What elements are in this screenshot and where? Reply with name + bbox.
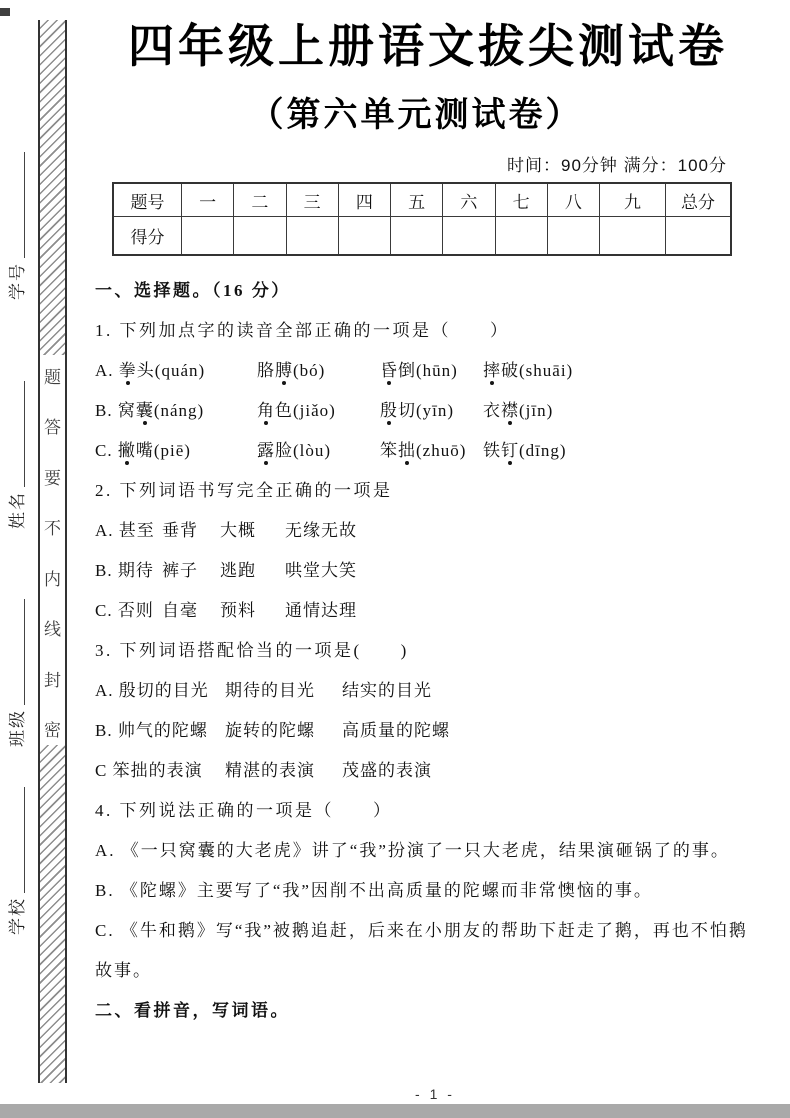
emphasis-dot-char: 昏 <box>380 361 398 380</box>
question-text: 1. 下列加点字的读音全部正确的一项是（ ） <box>95 311 775 351</box>
option-item: 露脸(lòu) <box>257 431 380 471</box>
statement-text: C. 《牛和鹅》写“我”被鹅追赶，后来在小朋友的帮助下赶走了鹅，再也不怕鹅 <box>95 911 775 951</box>
option-item: 大概 <box>220 511 285 551</box>
emphasis-dot-char: 角 <box>257 401 275 420</box>
statement-text: 故事。 <box>95 951 775 991</box>
score-header-cell: 九 <box>600 183 666 217</box>
seal-char: 线 <box>44 615 61 640</box>
option-item: 旋转的陀螺 <box>225 711 342 751</box>
seal-char: 题 <box>44 363 61 388</box>
hatch-pattern-top <box>40 20 65 355</box>
hatch-pattern-bottom <box>40 745 65 1083</box>
question-text: 3. 下列词语搭配恰当的一项是( ) <box>95 631 775 671</box>
margin-field-blank-line <box>23 152 25 258</box>
emphasis-dot-char: 拙 <box>398 441 416 460</box>
score-header-cell: 五 <box>391 183 443 217</box>
score-cell <box>391 217 443 256</box>
margin-field-label: 班级 <box>3 709 28 747</box>
option-row: A. 殷切的目光期待的目光结实的目光 <box>95 671 775 711</box>
question-text: 4. 下列说法正确的一项是（ ） <box>95 791 775 831</box>
option-item: 殷切(yīn) <box>380 391 483 431</box>
score-header-cell: 总分 <box>666 183 732 217</box>
option-row: C. 撇嘴(piē)露脸(lòu)笨拙(zhuō)铁钉(dīng) <box>95 431 775 471</box>
seal-char: 不 <box>44 514 61 539</box>
time-fullscore-info: 时间：90分钟 满分：100分 <box>95 156 775 176</box>
margin-field-4: 学校 <box>6 785 28 935</box>
option-item: 茂盛的表演 <box>342 751 432 791</box>
scan-edge-strip <box>0 1104 790 1118</box>
section-heading: 一、选择题。（16 分） <box>95 271 775 311</box>
option-row: C. 否则自毫预料通情达理 <box>95 591 775 631</box>
emphasis-dot-char: 襟 <box>501 401 519 420</box>
option-item: C. 否则 <box>95 591 162 631</box>
seal-char: 答 <box>44 413 61 438</box>
option-item: C. 撇嘴(piē) <box>95 431 257 471</box>
option-item: 无缘无故 <box>285 511 357 551</box>
score-header-cell: 三 <box>286 183 338 217</box>
option-item: B. 窝囊(náng) <box>95 391 257 431</box>
option-item: C 笨拙的表演 <box>95 751 225 791</box>
option-item: 精湛的表演 <box>225 751 342 791</box>
score-cell <box>600 217 666 256</box>
page-number: - 1 - <box>395 1086 475 1102</box>
score-header-cell: 六 <box>443 183 495 217</box>
paper-title: 四年级上册语文拔尖测试卷 <box>81 20 775 72</box>
option-item: 自毫 <box>162 591 220 631</box>
margin-field-label: 学号 <box>3 262 28 300</box>
seal-char: 封 <box>44 666 61 691</box>
paper-content: 四年级上册语文拔尖测试卷 （第六单元测试卷） 时间：90分钟 满分：100分 题… <box>95 0 775 1031</box>
emphasis-dot-char: 膊 <box>275 361 293 380</box>
score-header-cell: 题号 <box>113 183 182 217</box>
score-header-cell: 八 <box>547 183 599 217</box>
score-cell <box>182 217 234 256</box>
option-row: C 笨拙的表演精湛的表演茂盛的表演 <box>95 751 775 791</box>
score-cell <box>443 217 495 256</box>
option-item: 衣襟(jīn) <box>483 391 553 431</box>
option-item: 预料 <box>220 591 285 631</box>
statement-text: A. 《一只窝囊的大老虎》讲了“我”扮演了一只大老虎，结果演砸锅了的事。 <box>95 831 775 871</box>
question-area: 一、选择题。（16 分）1. 下列加点字的读音全部正确的一项是（ ）A. 拳头(… <box>95 271 775 1031</box>
emphasis-dot-char: 露 <box>257 441 275 460</box>
option-item: B. 帅气的陀螺 <box>95 711 225 751</box>
option-item: 角色(jiǎo) <box>257 391 380 431</box>
option-item: 通情达理 <box>285 591 357 631</box>
statement-text: B. 《陀螺》主要写了“我”因削不出高质量的陀螺而非常懊恼的事。 <box>95 871 775 911</box>
option-item: 高质量的陀螺 <box>342 711 450 751</box>
option-item: 裤子 <box>162 551 220 591</box>
option-item: 昏倒(hūn) <box>380 351 483 391</box>
score-cell <box>286 217 338 256</box>
paper-subtitle: （第六单元测试卷） <box>57 96 775 134</box>
option-item: 期待的目光 <box>225 671 342 711</box>
score-table-header-row: 题号一二三四五六七八九总分 <box>113 183 731 217</box>
score-cell <box>666 217 732 256</box>
margin-field-3: 班级 <box>6 597 28 747</box>
test-paper-page: 题答要不内线封密 学号姓名班级学校 四年级上册语文拔尖测试卷 （第六单元测试卷）… <box>0 0 790 1118</box>
score-header-cell: 一 <box>182 183 234 217</box>
emphasis-dot-char: 钉 <box>501 441 519 460</box>
margin-field-label: 姓名 <box>3 491 28 529</box>
score-header-cell: 四 <box>338 183 390 217</box>
score-row-label: 得分 <box>113 217 182 256</box>
option-item: 笨拙(zhuō) <box>380 431 483 471</box>
seal-char: 要 <box>44 464 61 489</box>
option-item: 垂背 <box>162 511 220 551</box>
margin-field-2: 姓名 <box>6 379 28 529</box>
emphasis-dot-char: 撇 <box>118 441 136 460</box>
scan-artifact-mark <box>0 8 10 16</box>
option-row: B. 窝囊(náng)角色(jiǎo)殷切(yīn)衣襟(jīn) <box>95 391 775 431</box>
score-table-score-row: 得分 <box>113 217 731 256</box>
emphasis-dot-char: 摔 <box>483 361 501 380</box>
option-item: A. 拳头(quán) <box>95 351 257 391</box>
emphasis-dot-char: 拳 <box>119 361 137 380</box>
score-cell <box>547 217 599 256</box>
option-row: B. 期待裤子逃跑哄堂大笑 <box>95 551 775 591</box>
option-item: 胳膊(bó) <box>257 351 380 391</box>
option-item: 铁钉(dīng) <box>483 431 567 471</box>
seal-line-text: 题答要不内线封密 <box>40 355 65 745</box>
option-item: 逃跑 <box>220 551 285 591</box>
seal-char: 内 <box>44 565 61 590</box>
score-header-cell: 七 <box>495 183 547 217</box>
question-text: 2. 下列词语书写完全正确的一项是 <box>95 471 775 511</box>
option-row: B. 帅气的陀螺旋转的陀螺高质量的陀螺 <box>95 711 775 751</box>
score-cell <box>338 217 390 256</box>
option-item: 摔破(shuāi) <box>483 351 573 391</box>
option-row: A. 甚至垂背大概无缘无故 <box>95 511 775 551</box>
margin-field-label: 学校 <box>3 897 28 935</box>
option-item: 结实的目光 <box>342 671 432 711</box>
option-item: A. 甚至 <box>95 511 162 551</box>
score-table: 题号一二三四五六七八九总分 得分 <box>112 182 732 256</box>
option-item: 哄堂大笑 <box>285 551 357 591</box>
option-row: A. 拳头(quán)胳膊(bó)昏倒(hūn)摔破(shuāi) <box>95 351 775 391</box>
margin-field-1: 学号 <box>6 150 28 300</box>
score-header-cell: 二 <box>234 183 286 217</box>
emphasis-dot-char: 囊 <box>136 401 154 420</box>
option-item: B. 期待 <box>95 551 162 591</box>
score-cell <box>495 217 547 256</box>
emphasis-dot-char: 殷 <box>380 401 398 420</box>
option-item: A. 殷切的目光 <box>95 671 225 711</box>
margin-field-blank-line <box>23 599 25 705</box>
margin-field-blank-line <box>23 787 25 893</box>
score-cell <box>234 217 286 256</box>
seal-char: 密 <box>44 716 61 741</box>
seal-line-band: 题答要不内线封密 <box>38 20 67 1083</box>
margin-field-blank-line <box>23 381 25 487</box>
section-heading: 二、看拼音，写词语。 <box>95 991 775 1031</box>
